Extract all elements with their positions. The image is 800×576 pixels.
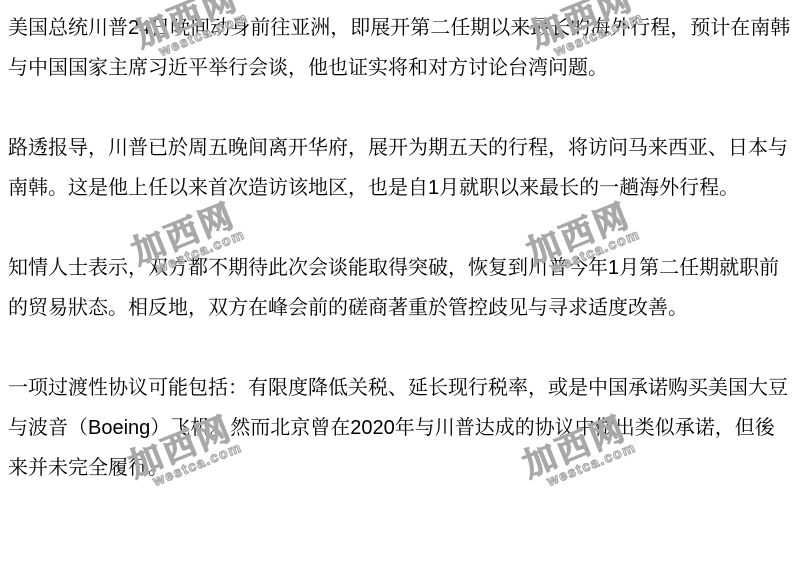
paragraph-1: 美国总统川普24日晚间动身前往亚洲，即展开第二任期以来最长的海外行程，预计在南韩…	[8, 8, 792, 88]
article-page: 美国总统川普24日晚间动身前往亚洲，即展开第二任期以来最长的海外行程，预计在南韩…	[0, 0, 800, 576]
article-body: 美国总统川普24日晚间动身前往亚洲，即展开第二任期以来最长的海外行程，预计在南韩…	[8, 8, 792, 528]
paragraph-3: 知情人士表示，双方都不期待此次会谈能取得突破，恢复到川普今年1月第二任期就职前的…	[8, 248, 792, 328]
paragraph-4: 一项过渡性协议可能包括：有限度降低关税、延长现行税率，或是中国承诺购买美国大豆与…	[8, 368, 792, 488]
paragraph-2: 路透报导，川普已於周五晚间离开华府，展开为期五天的行程，将访问马来西亚、日本与南…	[8, 128, 792, 208]
